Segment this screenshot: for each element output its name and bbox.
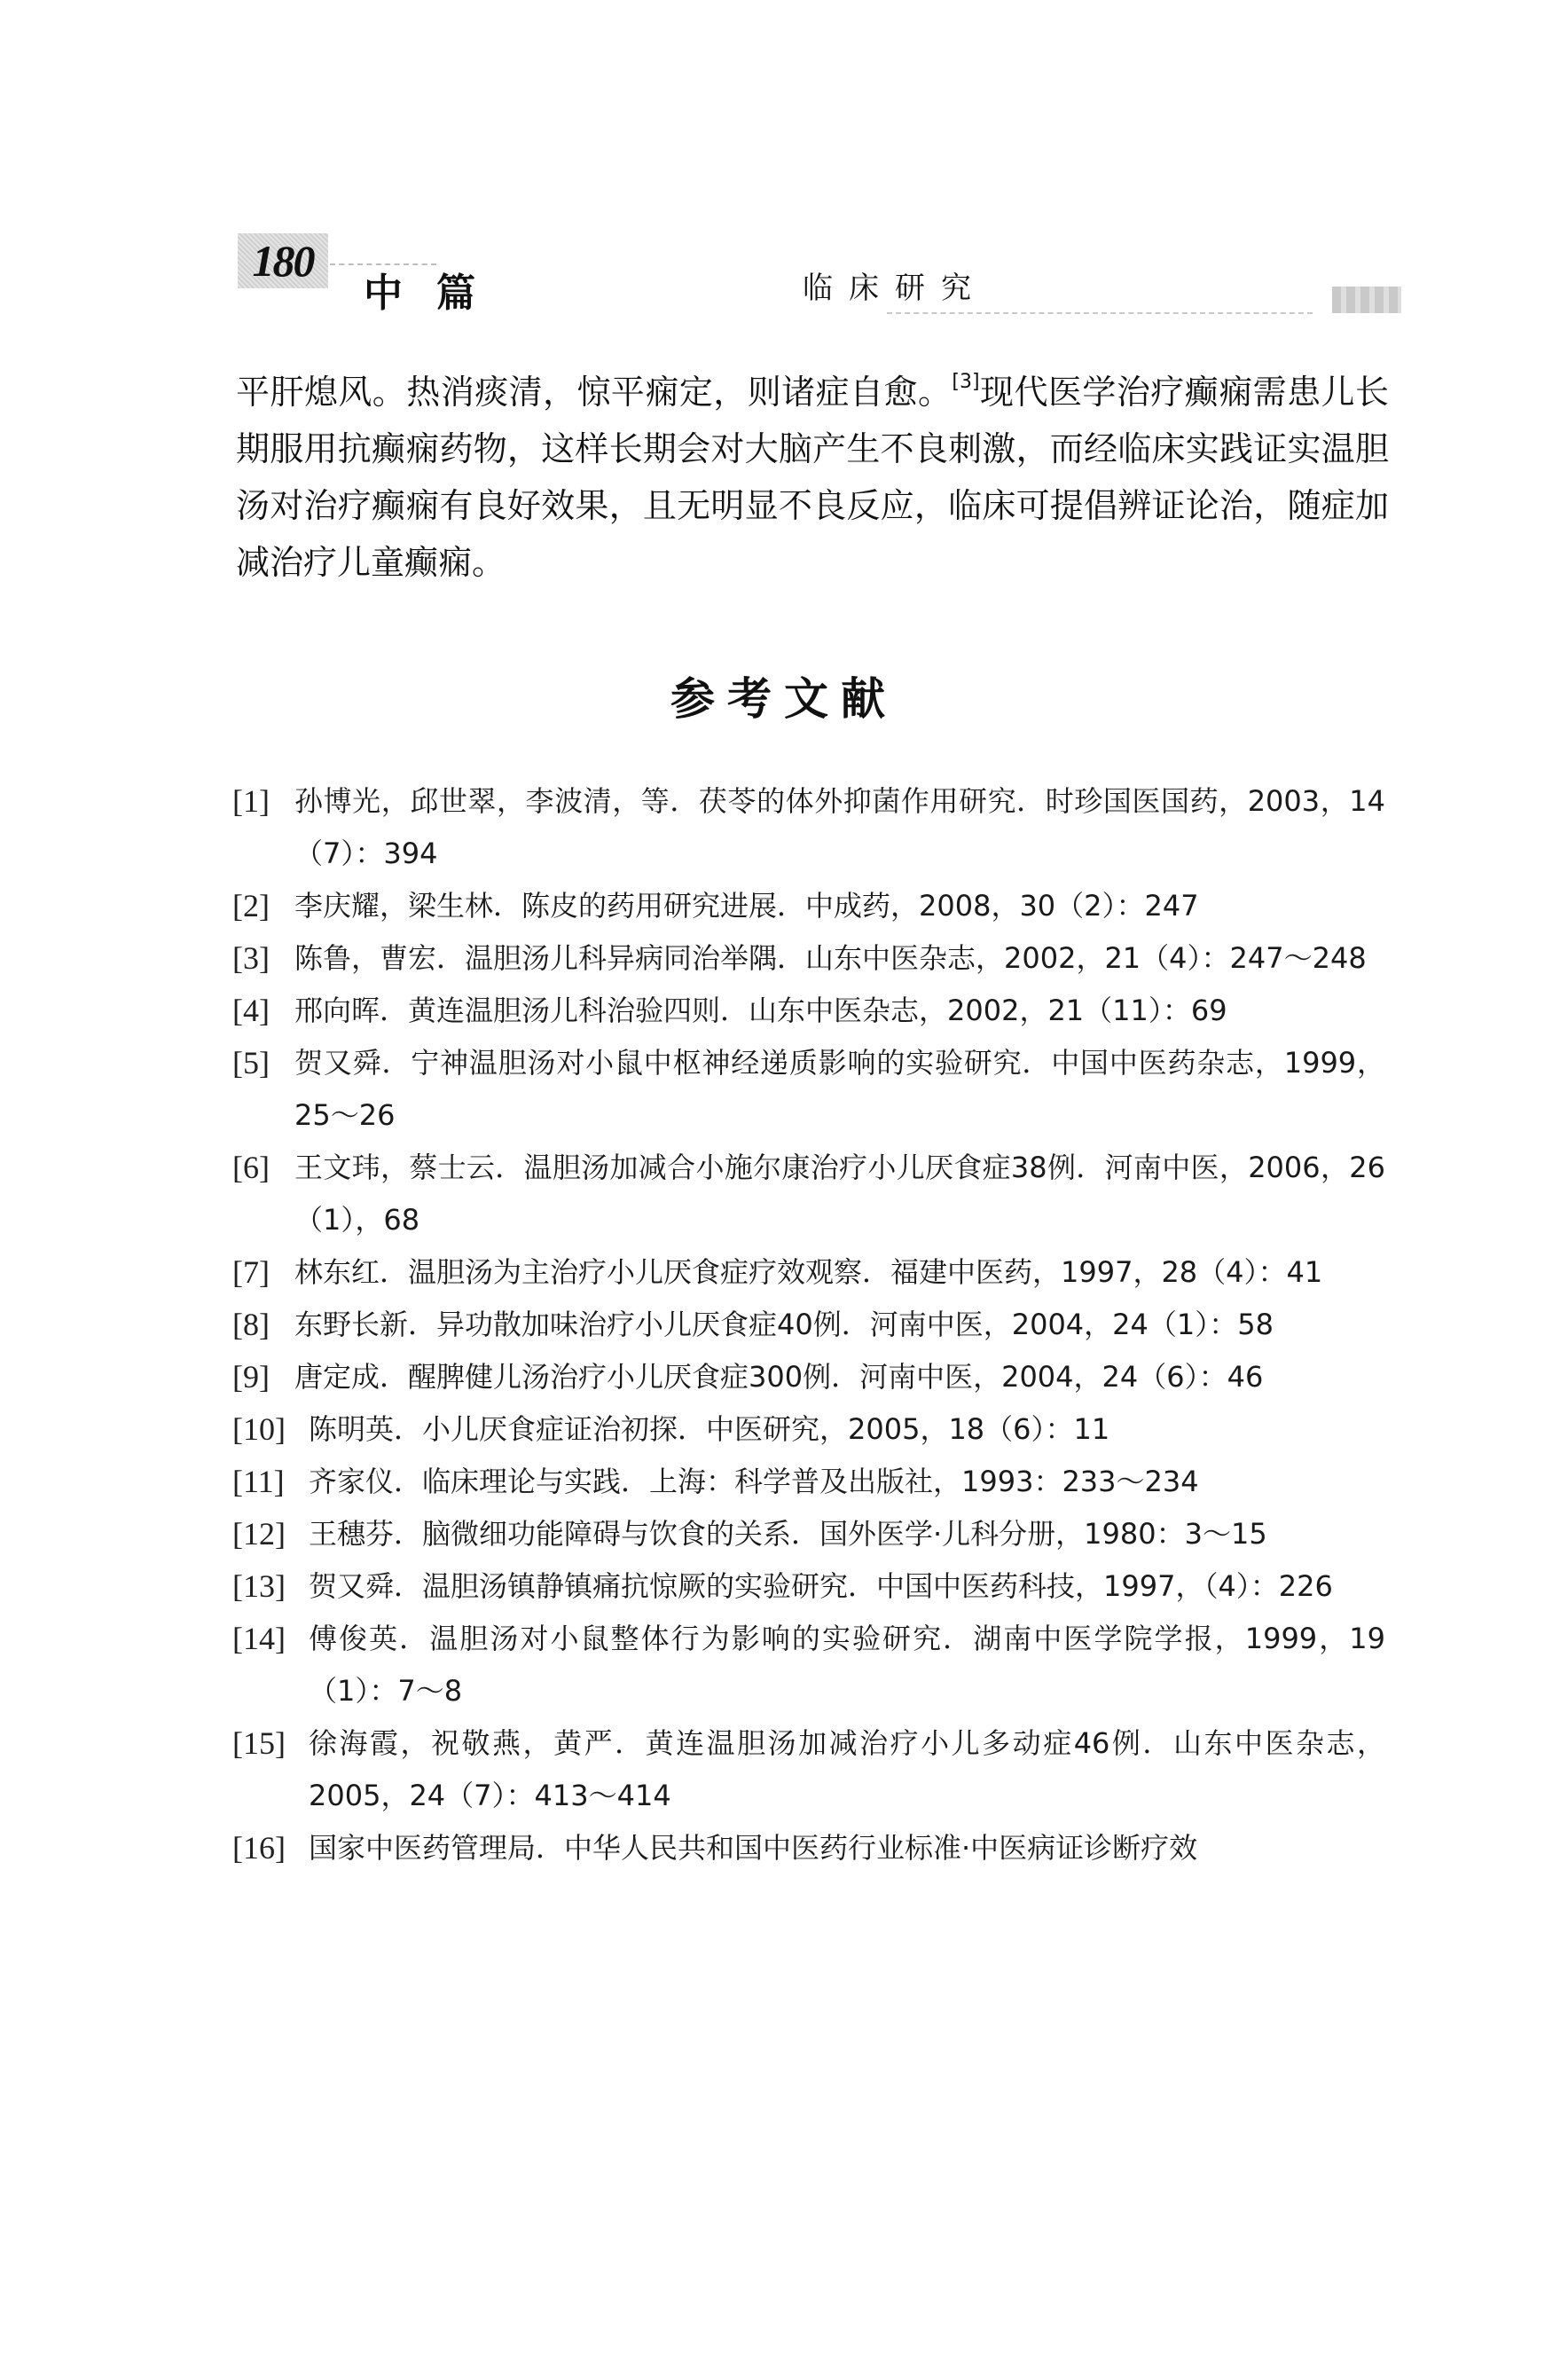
reference-item: [10] 陈明英．小儿厌食症证治初探．中医研究，2005，18（6）：11 <box>232 1403 1385 1456</box>
corner-decoration <box>1332 287 1401 313</box>
reference-text: 东野长新．异功散加味治疗小儿厌食症40例．河南中医，2004，24（1）：58 <box>294 1308 1274 1341</box>
body-text-part-1: 平肝熄风。热消痰清，惊平痫定，则诸症自愈。 <box>236 373 952 412</box>
body-paragraph: 平肝熄风。热消痰清，惊平痫定，则诸症自愈。[3]现代医学治疗癫痫需患儿长期服用抗… <box>236 364 1389 591</box>
reference-item: [4] 邢向晖．黄连温胆汤儿科治验四则．山东中医杂志，2002，21（11）：6… <box>232 985 1385 1037</box>
reference-number: [10] <box>232 1403 286 1456</box>
reference-text: 李庆耀，梁生林．陈皮的药用研究进展．中成药，2008，30（2）：247 <box>294 889 1199 923</box>
reference-number: [11] <box>232 1456 285 1508</box>
reference-text: 傅俊英．温胆汤对小鼠整体行为影响的实验研究．湖南中医学院学报，1999，19（1… <box>309 1622 1385 1708</box>
reference-text: 贺又舜．宁神温胆汤对小鼠中枢神经递质影响的实验研究．中国中医药杂志，1999，2… <box>294 1046 1385 1132</box>
reference-item: [14] 傅俊英．温胆汤对小鼠整体行为影响的实验研究．湖南中医学院学报，1999… <box>232 1613 1385 1717</box>
reference-number: [2] <box>232 880 270 932</box>
reference-item: [8] 东野长新．异功散加味治疗小儿厌食症40例．河南中医，2004，24（1）… <box>232 1299 1385 1351</box>
reference-item: [2] 李庆耀，梁生林．陈皮的药用研究进展．中成药，2008，30（2）：247 <box>232 880 1385 932</box>
reference-text: 陈鲁，曹宏．温胆汤儿科异病同治举隅．山东中医杂志，2002，21（4）：247～… <box>294 941 1367 975</box>
reference-number: [15] <box>232 1717 286 1770</box>
reference-text: 陈明英．小儿厌食症证治初探．中医研究，2005，18（6）：11 <box>309 1412 1109 1446</box>
section-title: 临床研究 <box>803 263 987 307</box>
reference-item: [13] 贺又舜．温胆汤镇静镇痛抗惊厥的实验研究．中国中医药科技，1997，（4… <box>232 1560 1385 1613</box>
citation-marker: [3] <box>952 371 979 393</box>
reference-item: [6] 王文玮，蔡士云．温胆汤加减合小施尔康治疗小儿厌食症38例．河南中医，20… <box>232 1142 1385 1246</box>
references-heading: 参考文献 <box>0 664 1568 727</box>
reference-text: 徐海霞，祝敬燕，黄严．黄连温胆汤加减治疗小儿多动症46例．山东中医杂志，2005… <box>309 1726 1385 1812</box>
references-list: [1] 孙博光，邱世翠，李波清，等．茯苓的体外抑菌作用研究．时珍国医国药，200… <box>232 775 1385 1874</box>
reference-text: 林东红．温胆汤为主治疗小儿厌食症疗效观察．福建中医药，1997，28（4）：41 <box>294 1255 1322 1289</box>
reference-number: [3] <box>232 932 270 985</box>
reference-number: [6] <box>232 1142 270 1194</box>
reference-number: [7] <box>232 1246 270 1299</box>
reference-item: [12] 王穗芬．脑微细功能障碍与饮食的关系．国外医学·儿科分册，1980：3～… <box>232 1508 1385 1560</box>
reference-item: [7] 林东红．温胆汤为主治疗小儿厌食症疗效观察．福建中医药，1997，28（4… <box>232 1246 1385 1299</box>
reference-number: [9] <box>232 1351 270 1403</box>
reference-item: [5] 贺又舜．宁神温胆汤对小鼠中枢神经递质影响的实验研究．中国中医药杂志，19… <box>232 1037 1385 1142</box>
reference-item: [1] 孙博光，邱世翠，李波清，等．茯苓的体外抑菌作用研究．时珍国医国药，200… <box>232 775 1385 880</box>
reference-number: [5] <box>232 1037 270 1089</box>
reference-text: 王穗芬．脑微细功能障碍与饮食的关系．国外医学·儿科分册，1980：3～15 <box>309 1517 1267 1551</box>
reference-item: [3] 陈鲁，曹宏．温胆汤儿科异病同治举隅．山东中医杂志，2002，21（4）：… <box>232 932 1385 985</box>
reference-number: [16] <box>232 1822 286 1874</box>
reference-item: [16] 国家中医药管理局．中华人民共和国中医药行业标准·中医病证诊断疗效 <box>232 1822 1385 1874</box>
reference-number: [1] <box>232 775 270 828</box>
reference-number: [12] <box>232 1508 286 1560</box>
reference-text: 齐家仪．临床理论与实践．上海：科学普及出版社，1993：233～234 <box>309 1465 1199 1498</box>
reference-text: 唐定成．醒脾健儿汤治疗小儿厌食症300例．河南中医，2004，24（6）：46 <box>294 1360 1263 1394</box>
reference-number: [13] <box>232 1560 286 1613</box>
reference-text: 孙博光，邱世翠，李波清，等．茯苓的体外抑菌作用研究．时珍国医国药，2003，14… <box>294 784 1385 870</box>
reference-number: [4] <box>232 985 270 1037</box>
page-number: 180 <box>253 235 314 287</box>
reference-number: [14] <box>232 1613 286 1665</box>
reference-item: [11] 齐家仪．临床理论与实践．上海：科学普及出版社，1993：233～234 <box>232 1456 1385 1508</box>
page-number-box: 180 <box>238 233 328 288</box>
reference-text: 邢向晖．黄连温胆汤儿科治验四则．山东中医杂志，2002，21（11）：69 <box>294 994 1227 1027</box>
reference-text: 贺又舜．温胆汤镇静镇痛抗惊厥的实验研究．中国中医药科技，1997，（4）：226 <box>309 1569 1333 1603</box>
reference-item: [15] 徐海霞，祝敬燕，黄严．黄连温胆汤加减治疗小儿多动症46例．山东中医杂志… <box>232 1717 1385 1822</box>
part-title: 中篇 <box>364 261 509 318</box>
header-rule-right <box>887 312 1313 314</box>
reference-item: [9] 唐定成．醒脾健儿汤治疗小儿厌食症300例．河南中医，2004，24（6）… <box>232 1351 1385 1403</box>
reference-text: 国家中医药管理局．中华人民共和国中医药行业标准·中医病证诊断疗效 <box>309 1831 1197 1865</box>
reference-number: [8] <box>232 1299 270 1351</box>
reference-text: 王文玮，蔡士云．温胆汤加减合小施尔康治疗小儿厌食症38例．河南中医，2006，2… <box>294 1151 1385 1237</box>
